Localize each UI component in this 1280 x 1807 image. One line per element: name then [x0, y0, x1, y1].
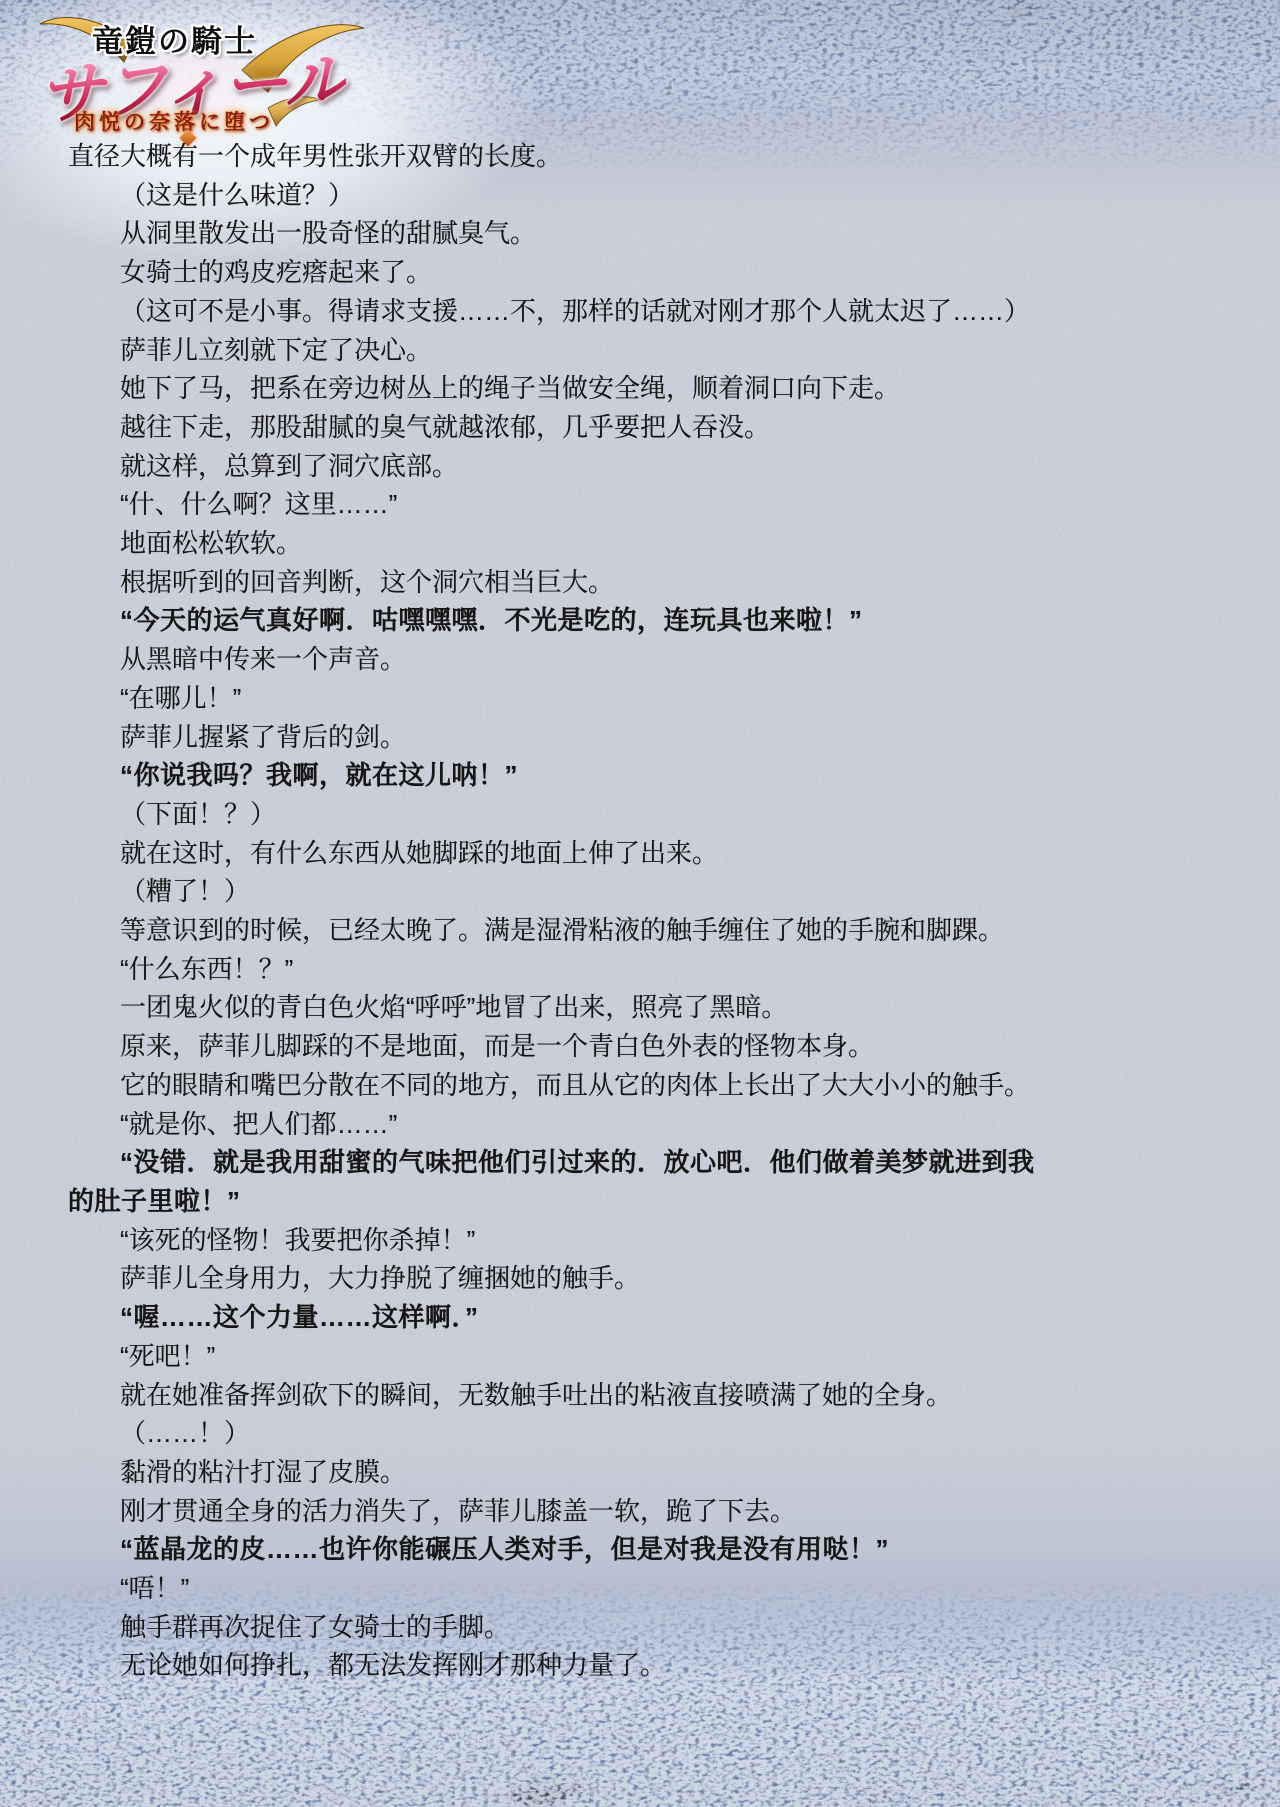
story-line: 地面松松软软。 [68, 524, 1220, 563]
story-line: 直径大概有一个成年男性张开双臂的长度。 [68, 137, 1220, 176]
story-line: 越往下走，那股甜腻的臭气就越浓郁，几乎要把人吞没。 [68, 408, 1220, 447]
story-line: 就这样，总算到了洞穴底部。 [68, 447, 1220, 486]
story-line: 无论她如何挣扎，都无法发挥刚才那种力量了。 [68, 1646, 1220, 1685]
story-line: “死吧！” [68, 1337, 1220, 1376]
story-line: “什、什么啊？这里……” [68, 485, 1220, 524]
logo-subtitle: 肉悦の奈落に堕つ [74, 106, 274, 136]
novel-page: 竜鎧の騎士 サフィール 肉悦の奈落に堕つ 直径大概有一个成年男性张开双臂的长度。… [0, 0, 1280, 1807]
story-line: 触手群再次捉住了女骑士的手脚。 [68, 1608, 1220, 1647]
story-text: 直径大概有一个成年男性张开双臂的长度。（这是什么味道？）从洞里散发出一股奇怪的甜… [68, 137, 1220, 1685]
story-line: 从黑暗中传来一个声音。 [68, 640, 1220, 679]
story-line: 根据听到的回音判断，这个洞穴相当巨大。 [68, 563, 1220, 602]
story-line: （这可不是小事。得请求支援……不，那样的话就对刚才那个人就太迟了……） [68, 292, 1220, 331]
story-line: （这是什么味道？） [68, 176, 1220, 215]
story-line: “喔……这个力量……这样啊．” [68, 1298, 1220, 1337]
story-line: “该死的怪物！我要把你杀掉！” [68, 1221, 1220, 1260]
story-line: “就是你、把人们都……” [68, 1105, 1220, 1144]
story-line: 刚才贯通全身的活力消失了，萨菲儿膝盖一软，跪了下去。 [68, 1492, 1220, 1531]
story-line: “唔！” [68, 1569, 1220, 1608]
story-line: 就在这时，有什么东西从她脚踩的地面上伸了出来。 [68, 834, 1220, 873]
story-line: 从洞里散发出一股奇怪的甜腻臭气。 [68, 214, 1220, 253]
story-line: 萨菲儿全身用力，大力挣脱了缠捆她的触手。 [68, 1259, 1220, 1298]
story-line: “什么东西！？” [68, 950, 1220, 989]
story-line: 原来，萨菲儿脚踩的不是地面，而是一个青白色外表的怪物本身。 [68, 1027, 1220, 1066]
story-line: 它的眼睛和嘴巴分散在不同的地方，而且从它的肉体上长出了大大小小的触手。 [68, 1066, 1220, 1105]
story-line: “在哪儿！” [68, 679, 1220, 718]
story-line: 等意识到的时候，已经太晚了。满是湿滑粘液的触手缠住了她的手腕和脚踝。 [68, 911, 1220, 950]
story-line: 就在她准备挥剑砍下的瞬间，无数触手吐出的粘液直接喷满了她的全身。 [68, 1376, 1220, 1415]
story-line: 她下了马，把系在旁边树丛上的绳子当做安全绳，顺着洞口向下走。 [68, 369, 1220, 408]
story-line: （……！） [68, 1414, 1220, 1453]
story-line: 的肚子里啦！” [68, 1182, 1220, 1221]
story-line: “今天的运气真好啊．咕嘿嘿嘿．不光是吃的，连玩具也来啦！” [68, 601, 1220, 640]
story-line: “蓝晶龙的皮……也许你能碾压人类对手，但是对我是没有用哒！” [68, 1530, 1220, 1569]
story-line: 一团鬼火似的青白色火焰“呼呼”地冒了出来，照亮了黑暗。 [68, 988, 1220, 1027]
game-logo: 竜鎧の騎士 サフィール 肉悦の奈落に堕つ [36, 4, 366, 154]
story-line: 女骑士的鸡皮疙瘩起来了。 [68, 253, 1220, 292]
story-line: 萨菲儿立刻就下定了决心。 [68, 331, 1220, 370]
story-line: 萨菲儿握紧了背后的剑。 [68, 718, 1220, 757]
story-line: （糟了！） [68, 872, 1220, 911]
story-line: “没错．就是我用甜蜜的气味把他们引过来的．放心吧．他们做着美梦就进到我 [68, 1143, 1220, 1182]
story-line: 黏滑的粘汁打湿了皮膜。 [68, 1453, 1220, 1492]
story-line: （下面！？） [68, 795, 1220, 834]
story-line: “你说我吗？我啊，就在这儿呐！” [68, 756, 1220, 795]
